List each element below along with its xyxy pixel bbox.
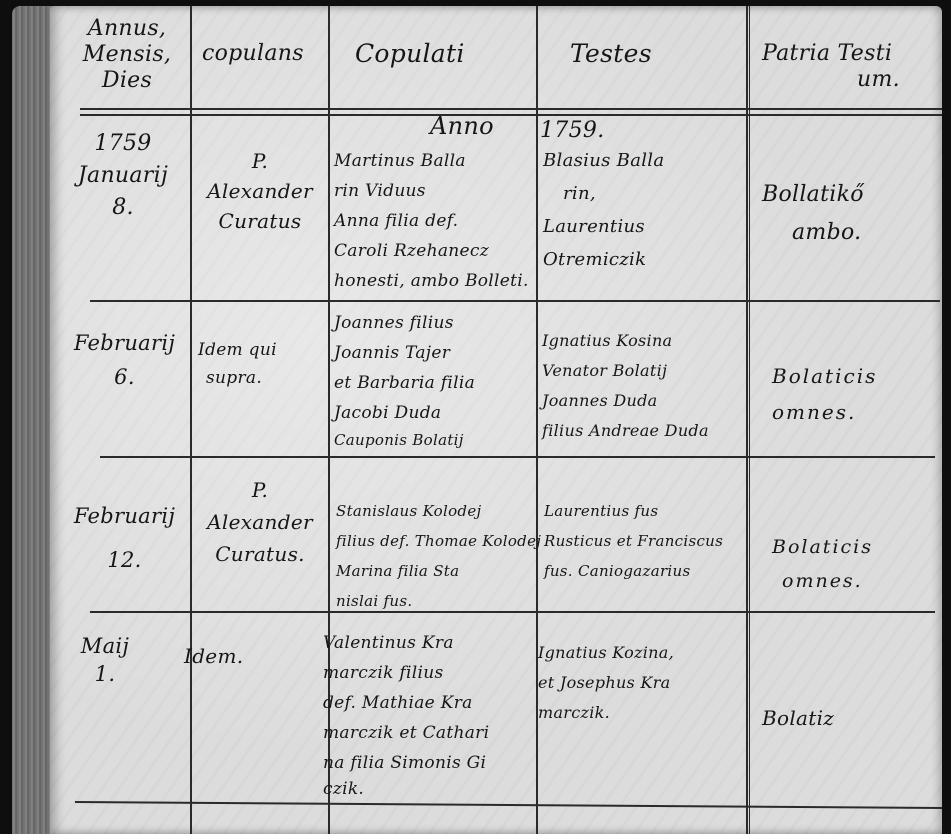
year-banner-year: 1759. [540,118,604,143]
header-rule-double [80,114,942,116]
entry-1-date: 1759 Januarij 8. [68,128,178,224]
column-rule-date [190,6,192,834]
row-divider-4 [75,801,942,809]
entry-4-witness-origin: Bolatiz [762,706,834,731]
header-date: Annus, Mensis, Dies [72,16,182,94]
header-witnesses: Testes [570,41,652,67]
entry-2-couple: Joannes filius Joannis Tajer et Barbaria… [334,308,475,452]
entry-4-couple: Valentinus Kra marczik filius def. Mathi… [323,628,489,800]
entry-4-date: Maij 1. [60,632,150,688]
header-couple: Copulati [355,41,465,67]
entry-4-witnesses: Ignatius Kozina, et Josephus Kra marczik… [538,638,674,728]
row-divider-2 [100,456,935,458]
entry-3-date: Februarij 12. [62,494,187,582]
header-witness-origin: Patria Testi um. [762,41,900,93]
entry-1-witness-origin: Bollatikő ambo. [762,176,864,252]
entry-4-officiant: Idem. [184,644,243,669]
entry-1-witnesses: Blasius Balla rin, Laurentius Otremiczik [543,144,664,276]
entry-2-date: Februarij 6. [62,326,187,394]
column-rule-witnesses [746,6,748,834]
entry-3-couple: Stanislaus Kolodej filius def. Thomae Ko… [336,496,541,616]
register-page: Annus, Mensis, Dies copulans Copulati Te… [50,6,942,834]
entry-3-witness-origin: Bolaticis omnes. [772,530,873,598]
entry-2-witness-origin: Bolaticis omnes. [772,358,877,430]
entry-1-officiant: P. Alexander Curatus [195,146,325,236]
entry-2-witnesses: Ignatius Kosina Venator Bolatij Joannes … [542,326,709,446]
column-rule-witnesses-double [749,6,750,834]
entry-1-couple: Martinus Balla rin Viduus Anna filia def… [334,146,529,296]
header-rule [80,108,942,110]
entry-3-witnesses: Laurentius fus Rusticus et Franciscus fu… [544,496,723,586]
row-divider-1 [90,300,940,302]
header-officiant: copulans [202,41,304,67]
year-banner-anno: Anno [430,114,494,139]
entry-3-officiant: P. Alexander Curatus. [195,474,325,570]
entry-2-officiant: Idem qui supra. [198,336,277,392]
